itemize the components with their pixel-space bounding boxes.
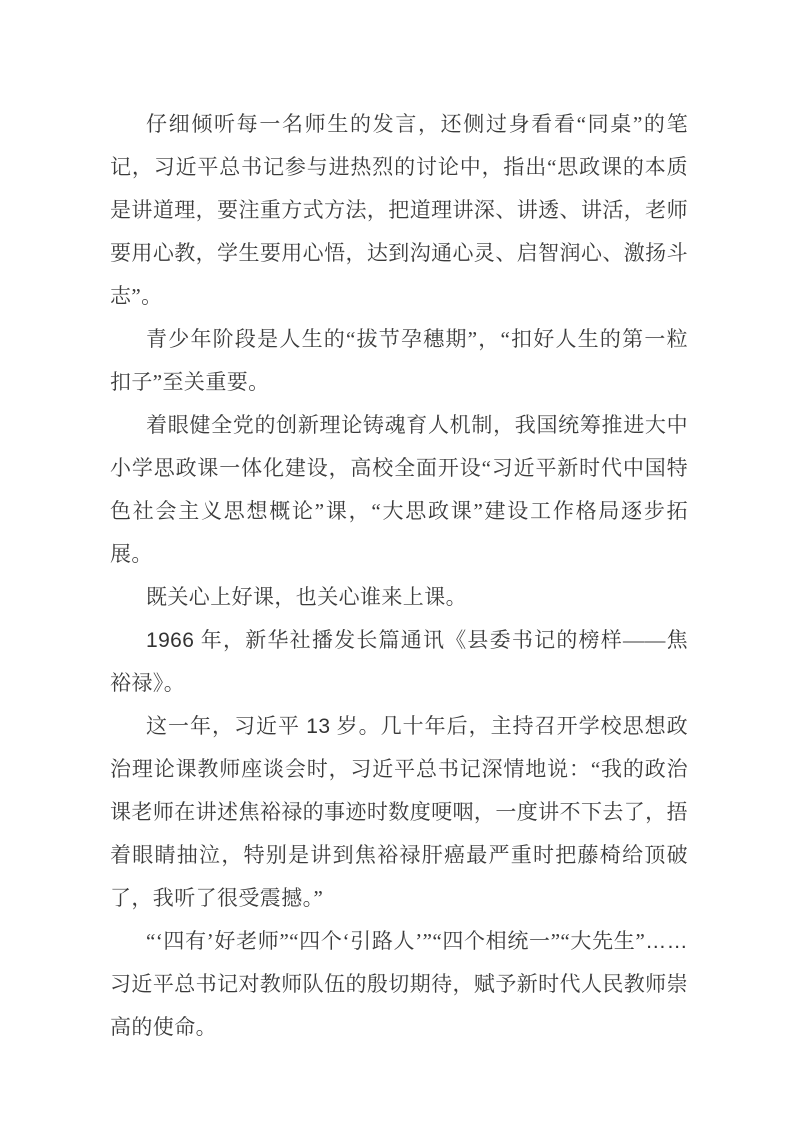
paragraph-2: 青少年阶段是人生的“拔节孕穗期”，“扣好人生的第一粒扣子”至关重要。 xyxy=(110,318,688,404)
paragraph-5: 1966 年，新华社播发长篇通讯《县委书记的榜样——焦裕禄》。 xyxy=(110,619,688,705)
cjk-text-run: 青少年阶段是人生的“拔节孕穗期”，“扣好人生的第一粒扣子”至关重要。 xyxy=(110,327,688,394)
cjk-text-run: 既关心上好课，也关心谁来上课。 xyxy=(146,585,467,609)
cjk-text-run: 习近平总书记对教师队伍的殷切期待，赋予新时代人民教师崇高的使命。 xyxy=(110,972,688,1039)
latin-text-run: 13 xyxy=(306,715,330,738)
latin-text-run: …… xyxy=(645,930,688,953)
document-page: 仔细倾听每一名师生的发言，还侧过身看看“同桌”的笔记，习近平总书记参与进热烈的讨… xyxy=(0,0,793,1122)
cjk-text-run: 年，新华社播发长篇通讯《县委书记的榜样——焦裕禄》。 xyxy=(110,628,688,695)
cjk-text-run: 仔细倾听每一名师生的发言，还侧过身看看“同桌”的笔记，习近平总书记参与进热烈的讨… xyxy=(110,112,688,308)
paragraph-7: “‘四有’好老师”“四个‘引路人’”“四个相统一”“大先生”……习近平总书记对教… xyxy=(110,920,688,1049)
document-body: 仔细倾听每一名师生的发言，还侧过身看看“同桌”的笔记，习近平总书记参与进热烈的讨… xyxy=(110,103,688,1049)
paragraph-3: 着眼健全党的创新理论铸魂育人机制，我国统筹推进大中小学思政课一体化建设，高校全面… xyxy=(110,404,688,576)
cjk-text-run: “‘四有’好老师”“四个‘引路人’”“四个相统一”“大先生” xyxy=(146,929,645,953)
cjk-text-run: 岁。几十年后，主持召开学校思想政治理论课教师座谈会时，习近平总书记深情地说：“我… xyxy=(110,714,688,910)
paragraph-4: 既关心上好课，也关心谁来上课。 xyxy=(110,576,688,619)
paragraph-1: 仔细倾听每一名师生的发言，还侧过身看看“同桌”的笔记，习近平总书记参与进热烈的讨… xyxy=(110,103,688,318)
cjk-text-run: 这一年，习近平 xyxy=(146,714,306,738)
latin-text-run: 1966 xyxy=(146,629,194,652)
paragraph-6: 这一年，习近平 13 岁。几十年后，主持召开学校思想政治理论课教师座谈会时，习近… xyxy=(110,705,688,920)
cjk-text-run: 着眼健全党的创新理论铸魂育人机制，我国统筹推进大中小学思政课一体化建设，高校全面… xyxy=(110,413,688,566)
